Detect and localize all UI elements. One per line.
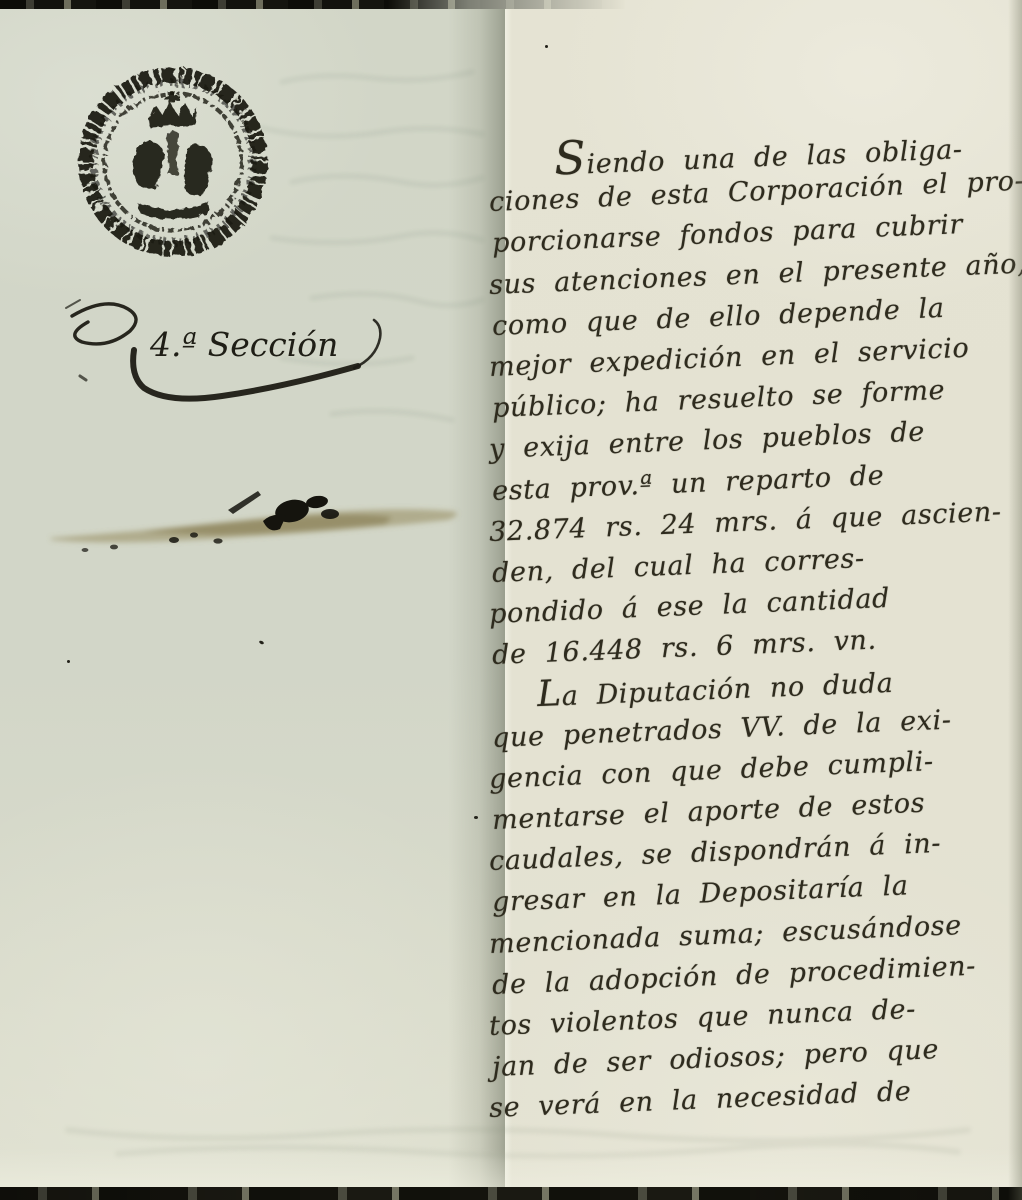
scan-edge-top — [0, 0, 625, 9]
scanned-document: 4.ª Sección Siendo una de las obliga- — [0, 0, 1022, 1200]
letter-body: Siendo una de las obliga- ciones de esta… — [490, 141, 1018, 1130]
ink-speck — [67, 660, 70, 663]
official-seal-icon — [74, 63, 272, 261]
paper-right-edge-shadow — [1008, 0, 1022, 1200]
ink-speck — [545, 45, 548, 48]
ink-speck — [474, 816, 478, 819]
paper-bottom-strip — [0, 1148, 1022, 1187]
ink-smudge — [22, 468, 482, 580]
scan-edge-bottom — [0, 1187, 1022, 1200]
section-heading: 4.ª Sección — [58, 290, 394, 414]
section-heading-text: 4.ª Sección — [149, 325, 338, 364]
